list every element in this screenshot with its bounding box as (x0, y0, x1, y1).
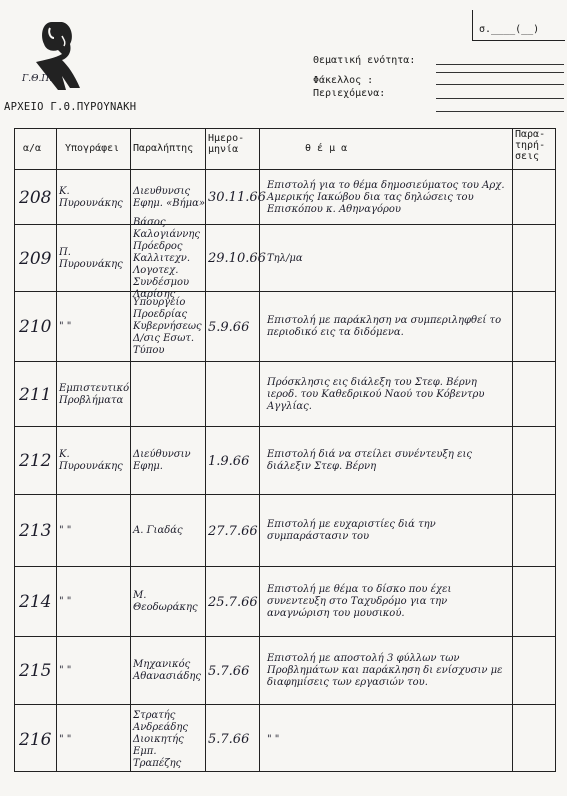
row-signer: " " (59, 570, 129, 634)
col-header-signer: Υπογράφει (65, 143, 119, 154)
row-number: 212 (19, 430, 55, 492)
row-recipient: Διεύθυνσιν Εφημ. (133, 430, 205, 492)
col-header-subject: θ έ μ α (305, 143, 347, 154)
row-subject: " " (267, 708, 509, 771)
row-number: 209 (19, 228, 55, 289)
row-remarks (515, 173, 555, 222)
portrait-signature: Γ.Θ.Π. (22, 74, 52, 84)
row-recipient: Διευθυνσις Εφημ. «Βήμα» (133, 173, 205, 222)
row-signer: Εμπιστευτικό Προβλήματα (59, 365, 129, 424)
row-subject: Επιστολή με θέμα το δίσκο που έχει συνεν… (267, 570, 509, 634)
row-number: 213 (19, 498, 55, 564)
contents-field[interactable] (436, 98, 564, 99)
row-signer: " " (59, 295, 129, 359)
row-subject: Πρόσκλησις εις διάλεξη του Στεφ. Βέρνη ι… (267, 365, 509, 424)
row-date: 5.7.66 (208, 708, 260, 771)
row-date: 29.10.66 (208, 228, 260, 289)
row-recipient (133, 365, 205, 424)
row-remarks (515, 708, 555, 771)
folder-label: Φάκελλος : (313, 75, 373, 86)
row-subject: Επιστολή με παράκληση να συμπεριληφθεί τ… (267, 295, 509, 359)
row-subject: Τηλ/μα (267, 228, 509, 289)
row-remarks (515, 498, 555, 564)
row-subject: Επιστολή με αποστολή 3 φύλλων των Προβλη… (267, 640, 509, 702)
row-date (208, 365, 260, 424)
row-date: 5.7.66 (208, 640, 260, 702)
row-signer: " " (59, 640, 129, 702)
row-number: 216 (19, 708, 55, 771)
thematic-unit-field-2[interactable] (436, 72, 564, 73)
row-remarks (515, 228, 555, 289)
row-remarks (515, 640, 555, 702)
row-date: 30.11.66 (208, 173, 260, 222)
row-recipient: Υπουργείο Προεδρίας Κυβερνήσεως Δ/σις Εσ… (133, 295, 205, 359)
col-header-number: α/α (23, 143, 41, 154)
contents-field-2[interactable] (436, 111, 564, 112)
row-subject: Επιστολή διά να στείλει συνέντευξη εις δ… (267, 430, 509, 492)
row-date: 27.7.66 (208, 498, 260, 564)
thematic-unit-field[interactable] (436, 64, 564, 65)
row-recipient: Α. Γιαδάς (133, 498, 205, 564)
correspondence-table: α/α Υπογράφει Παραλήπτης Ημερο- μηνία θ … (14, 128, 556, 772)
row-remarks (515, 365, 555, 424)
thematic-unit-label: Θεματική ενότητα: (313, 55, 415, 66)
row-number: 211 (19, 365, 55, 424)
row-number: 214 (19, 570, 55, 634)
row-number: 210 (19, 295, 55, 359)
row-date: 1.9.66 (208, 430, 260, 492)
col-header-recipient: Παραλήπτης (133, 143, 193, 154)
row-remarks (515, 570, 555, 634)
row-signer: " " (59, 498, 129, 564)
row-date: 25.7.66 (208, 570, 260, 634)
archive-title: ΑΡΧΕΙΟ Γ.Θ.ΠΥΡΟΥΝΑΚΗ (4, 101, 136, 113)
reference-box: σ.____(__) (472, 10, 565, 41)
contents-label: Περιεχόμενα: (313, 88, 385, 99)
row-number: 215 (19, 640, 55, 702)
row-subject: Επιστολή για το θέμα δημοσιεύματος του Α… (267, 173, 509, 222)
row-recipient: Βάσος Καλογιάννης Πρόεδρος Καλλιτεχν. Λο… (133, 228, 205, 289)
row-remarks (515, 430, 555, 492)
row-recipient: Στρατής Ανδρεάδης Διοικητής Εμπ. Τραπέζη… (133, 708, 205, 771)
row-recipient: Μ. Θεοδωράκης (133, 570, 205, 634)
row-subject: Επιστολή με ευχαριστίες διά την συμπαράσ… (267, 498, 509, 564)
row-recipient: Μηχανικός Αθανασιάδης (133, 640, 205, 702)
folder-field[interactable] (436, 84, 564, 85)
row-number: 208 (19, 173, 55, 222)
row-signer: Π. Πυρουνάκης (59, 228, 129, 289)
reference-number: σ.____(__) (479, 24, 539, 35)
row-signer: Κ. Πυρουνάκης (59, 430, 129, 492)
col-header-date: Ημερο- μηνία (208, 133, 244, 155)
row-date: 5.9.66 (208, 295, 260, 359)
col-header-remarks: Παρα- τηρή- σεις (515, 129, 545, 162)
row-remarks (515, 295, 555, 359)
row-signer: Κ. Πυρουνάκης (59, 173, 129, 222)
row-signer: " " (59, 708, 129, 771)
